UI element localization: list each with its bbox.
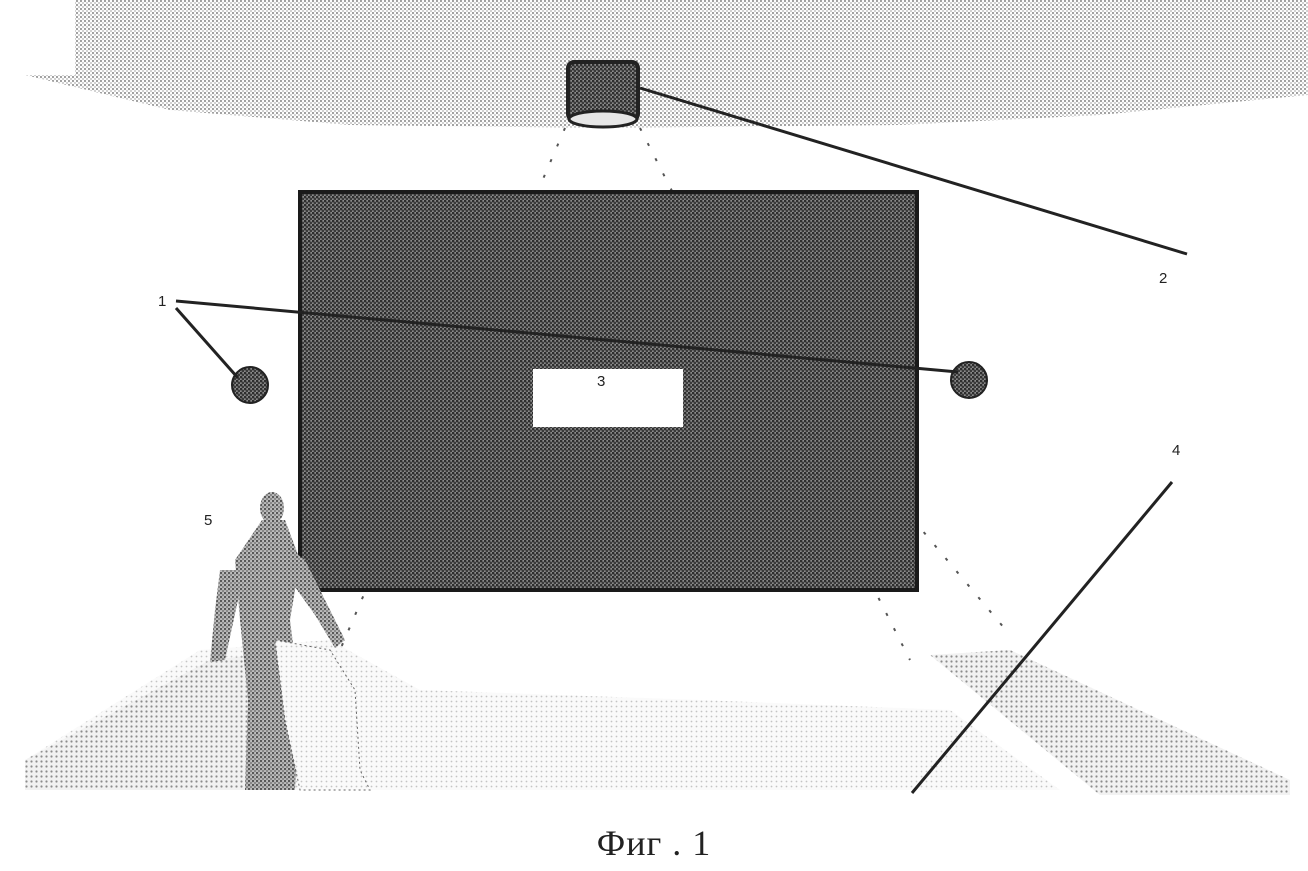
callout-2: 2 — [1159, 270, 1167, 287]
callout-3: 3 — [597, 373, 605, 390]
figure-caption: Фиг . 1 — [0, 822, 1308, 864]
camera-icon — [568, 62, 638, 127]
callout-1: 1 — [158, 293, 166, 310]
sphere-right — [951, 362, 987, 398]
figure-canvas: 1 2 3 4 5 — [0, 0, 1308, 871]
callout-4: 4 — [1172, 442, 1180, 459]
sphere-left — [232, 367, 268, 403]
callout-5: 5 — [204, 512, 212, 529]
screen-insert — [533, 369, 683, 427]
ceiling — [25, 0, 1308, 128]
